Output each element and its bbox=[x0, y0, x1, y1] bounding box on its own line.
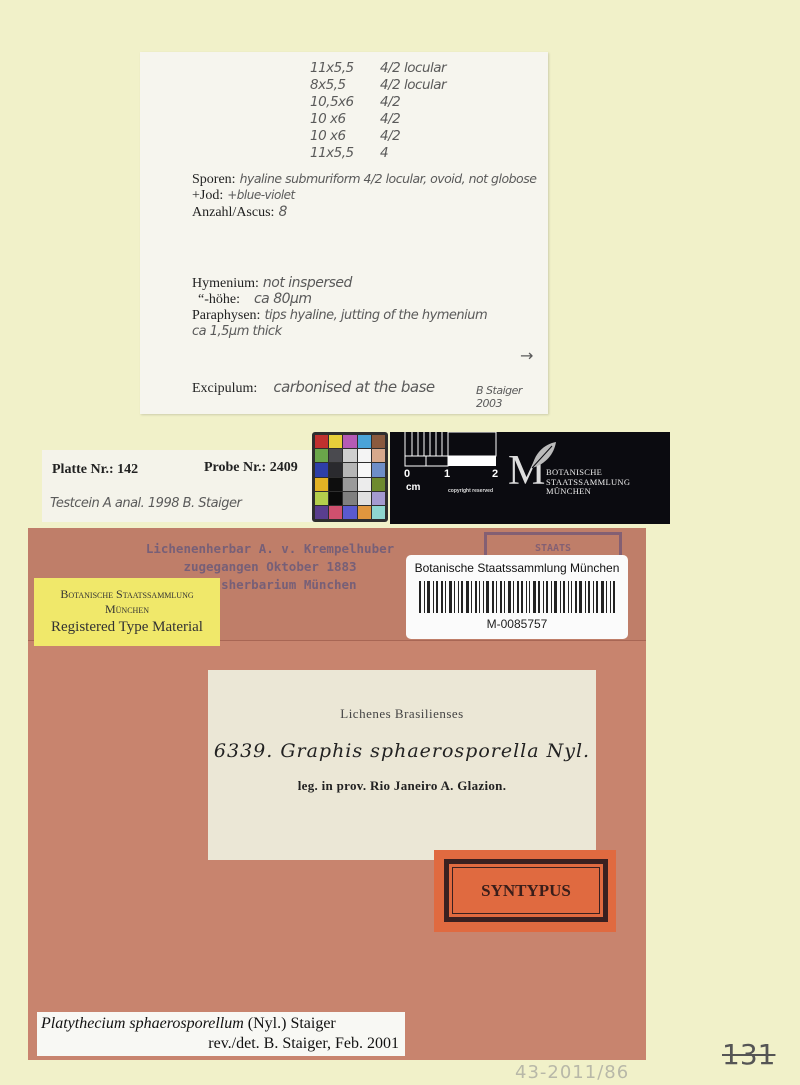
barcode-bar bbox=[551, 581, 552, 613]
barcode-bar bbox=[585, 581, 586, 613]
scale-unit: cm bbox=[406, 482, 420, 493]
barcode-bar bbox=[563, 581, 565, 613]
accession-number: 43-2011/86 bbox=[515, 1062, 629, 1083]
color-swatch bbox=[343, 506, 356, 519]
measurement-row: 10,5x64/2 bbox=[310, 94, 450, 111]
barcode-bar bbox=[526, 581, 527, 613]
barcode-bar bbox=[560, 581, 561, 613]
color-swatch bbox=[315, 449, 328, 462]
barcode-bar bbox=[546, 581, 548, 613]
color-swatch bbox=[358, 435, 371, 448]
barcode-bar bbox=[486, 581, 489, 613]
barcode-bar bbox=[533, 581, 536, 613]
barcode-bar bbox=[461, 581, 463, 613]
barcode-bar bbox=[521, 581, 523, 613]
leaf-logo-icon bbox=[528, 440, 558, 470]
barcode-bar bbox=[458, 581, 459, 613]
color-swatch bbox=[315, 478, 328, 491]
paraphysen-row: Paraphysen: tips hyaline, jutting of the… bbox=[192, 306, 487, 324]
color-swatch bbox=[372, 435, 385, 448]
barcode-bar bbox=[596, 581, 598, 613]
color-swatch bbox=[358, 478, 371, 491]
barcode-bar bbox=[579, 581, 582, 613]
syntypus-text: SYNTYPUS bbox=[452, 867, 600, 914]
barcode-bar bbox=[517, 581, 519, 613]
barcode-bar bbox=[529, 581, 530, 613]
barcode-bar bbox=[496, 581, 497, 613]
scale-bar-panel: 0 1 2 cm copyright reserved M BOTANISCHE… bbox=[390, 432, 670, 524]
color-swatch bbox=[315, 506, 328, 519]
measurement-row: 10 x64/2 bbox=[310, 128, 450, 145]
barcode-bar bbox=[606, 581, 607, 613]
color-swatch bbox=[315, 435, 328, 448]
barcode-bar bbox=[466, 581, 469, 613]
color-swatch bbox=[372, 492, 385, 505]
color-swatch bbox=[343, 435, 356, 448]
barcode-bar bbox=[513, 581, 514, 613]
color-swatch bbox=[358, 449, 371, 462]
color-swatch bbox=[372, 463, 385, 476]
color-swatch bbox=[358, 492, 371, 505]
color-swatch bbox=[343, 463, 356, 476]
measurement-row: 10 x64/2 bbox=[310, 111, 450, 128]
determination-note: rev./det. B. Staiger, Feb. 2001 bbox=[208, 1035, 399, 1053]
color-swatch bbox=[329, 435, 342, 448]
platte-number: Platte Nr.: 142 bbox=[52, 462, 138, 478]
ruler-icon bbox=[404, 432, 504, 468]
color-calibration-chart bbox=[312, 432, 388, 522]
analysis-card: 11x5,54/2 locular 8x5,54/2 locular 10,5x… bbox=[140, 52, 548, 414]
signature: B Staiger 2003 bbox=[476, 384, 548, 410]
original-collection-label: Lichenes Brasilienses 6339. Graphis spha… bbox=[208, 670, 596, 860]
color-swatch bbox=[343, 492, 356, 505]
barcode-label: Botanische Staatssammlung München M-0085… bbox=[406, 555, 628, 639]
excipulum-row: Excipulum: carbonised at the base bbox=[192, 378, 435, 397]
measurement-row: 11x5,54/2 locular bbox=[310, 60, 450, 77]
barcode-bar bbox=[475, 581, 477, 613]
spore-measurements: 11x5,54/2 locular 8x5,54/2 locular 10,5x… bbox=[310, 60, 450, 162]
color-swatch bbox=[329, 506, 342, 519]
color-swatch bbox=[315, 463, 328, 476]
barcode-bar bbox=[471, 581, 472, 613]
sample-strip: Platte Nr.: 142 Probe Nr.: 2409 Testcein… bbox=[42, 450, 322, 522]
barcode-bar bbox=[492, 581, 494, 613]
measurement-row: 8x5,54/2 locular bbox=[310, 77, 450, 94]
barcode-bar bbox=[610, 581, 611, 613]
barcode-bar bbox=[449, 581, 452, 613]
barcode-icon bbox=[419, 581, 615, 613]
color-swatch bbox=[315, 492, 328, 505]
sheet-number: 131 bbox=[722, 1038, 775, 1071]
color-swatch bbox=[372, 506, 385, 519]
color-swatch bbox=[329, 492, 342, 505]
copyright-text: copyright reserved bbox=[448, 488, 493, 494]
color-swatch bbox=[343, 449, 356, 462]
barcode-bar bbox=[445, 581, 446, 613]
paraphysen-thickness: ca 1,5µm thick bbox=[192, 324, 282, 339]
registered-type-label: Botanische Staatssammlung München Regist… bbox=[34, 578, 220, 646]
barcode-bar bbox=[543, 581, 544, 613]
barcode-bar bbox=[427, 581, 430, 613]
barcode-bar bbox=[424, 581, 425, 613]
barcode-bar bbox=[568, 581, 569, 613]
measurement-row: 11x5,54 bbox=[310, 145, 450, 162]
barcode-bar bbox=[454, 581, 455, 613]
analysis-note: Testcein A anal. 1998 B. Staiger bbox=[50, 496, 241, 511]
barcode-bar bbox=[479, 581, 480, 613]
barcode-bar bbox=[575, 581, 577, 613]
barcode-bar bbox=[508, 581, 511, 613]
barcode-bar bbox=[571, 581, 572, 613]
barcode-bar bbox=[504, 581, 505, 613]
barcode-bar bbox=[436, 581, 438, 613]
scale-ticks: 0 1 2 bbox=[404, 468, 504, 480]
barcode-bar bbox=[588, 581, 590, 613]
jod-row: +Jod: +blue-violet bbox=[192, 186, 295, 204]
barcode-bar bbox=[500, 581, 502, 613]
barcode-bar bbox=[433, 581, 434, 613]
determination-taxon: Platythecium sphaerosporellum (Nyl.) Sta… bbox=[41, 1015, 336, 1033]
anzahl-row: Anzahl/Ascus: 8 bbox=[192, 203, 287, 221]
barcode-bar bbox=[441, 581, 443, 613]
barcode-bar bbox=[538, 581, 540, 613]
barcode-bar bbox=[601, 581, 604, 613]
color-swatch bbox=[329, 449, 342, 462]
arrow-icon: → bbox=[520, 346, 533, 365]
color-swatch bbox=[372, 478, 385, 491]
color-swatch bbox=[343, 478, 356, 491]
barcode-bar bbox=[613, 581, 615, 613]
color-swatch bbox=[329, 478, 342, 491]
color-swatch bbox=[372, 449, 385, 462]
barcode-bar bbox=[483, 581, 484, 613]
color-swatch bbox=[329, 463, 342, 476]
color-swatch bbox=[358, 506, 371, 519]
institution-name: BOTANISCHE STAATSSAMMLUNG MÜNCHEN bbox=[546, 468, 630, 497]
barcode-bar bbox=[554, 581, 557, 613]
barcode-bar bbox=[593, 581, 594, 613]
determination-label: Platythecium sphaerosporellum (Nyl.) Sta… bbox=[37, 1012, 405, 1056]
color-swatch bbox=[358, 463, 371, 476]
barcode-bar bbox=[419, 581, 421, 613]
probe-number: Probe Nr.: 2409 bbox=[204, 460, 298, 476]
